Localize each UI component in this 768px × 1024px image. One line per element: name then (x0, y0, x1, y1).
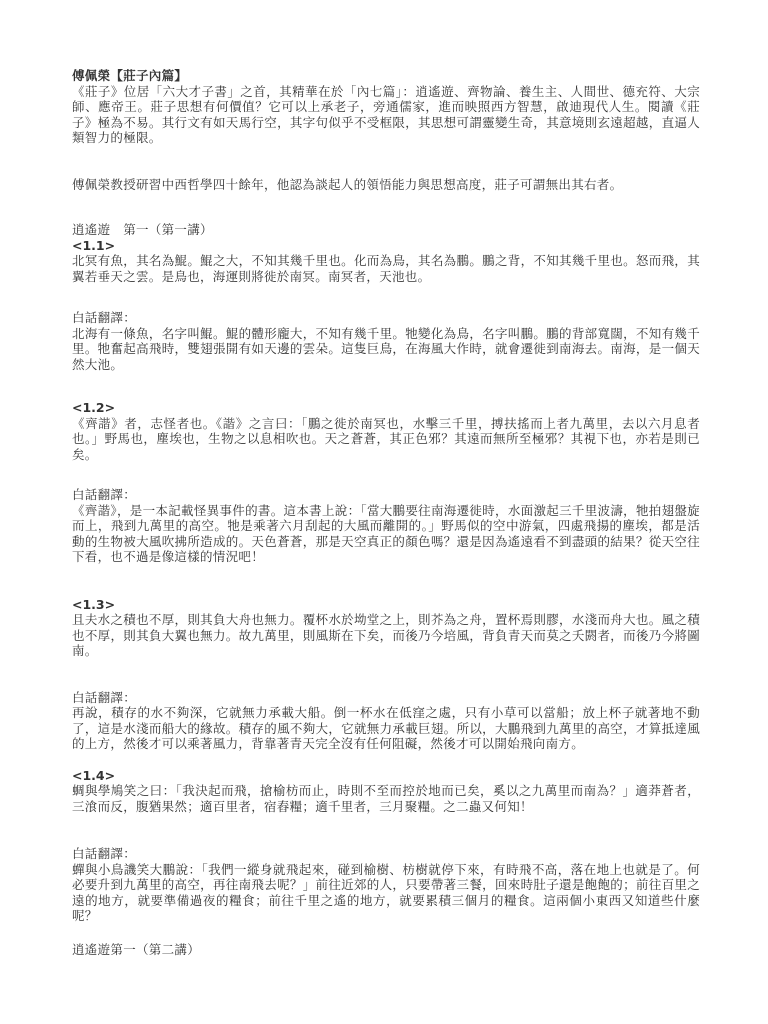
section-marker-1-2: <1.2> (72, 400, 700, 416)
translation-text-1-4: 蟬與小鳥譏笑大鵬說：「我們一縱身就飛起來，碰到榆樹、枋樹就停下來，有時飛不高，落… (72, 862, 700, 924)
section-marker-1-3: <1.3> (72, 597, 700, 613)
original-text-1-4: 蜩與學鳩笑之曰：「我決起而飛，搶榆枋而止，時則不至而控於地而已矣，奚以之九萬里而… (72, 783, 700, 814)
translation-text-1-2: 《齊諧》，是一本記載怪異事件的書。這本書上說：「當大鵬要往南海遷徙時，水面激起三… (72, 503, 700, 565)
lecture1-heading: 逍遙遊 第一（第一講） (72, 222, 700, 238)
translation-label-1-2: 白話翻譯： (72, 487, 700, 503)
intro-paragraph: 《莊子》位居「六大才子書」之首，其精華在於「內七篇」：逍遙遊、齊物論、養生主、人… (72, 84, 700, 146)
translation-label-1-4: 白話翻譯： (72, 846, 700, 862)
translation-label-1-1: 白話翻譯： (72, 310, 700, 326)
document-page: 傅佩榮【莊子內篇】 《莊子》位居「六大才子書」之首，其精華在於「內七篇」：逍遙遊… (0, 0, 768, 1024)
original-text-1-3: 且夫水之積也不厚，則其負大舟也無力。覆杯水於坳堂之上，則芥為之舟，置杯焉則膠，水… (72, 612, 700, 659)
original-text-1-1: 北冥有魚，其名為鯤。鯤之大，不知其幾千里也。化而為鳥，其名為鵬。鵬之背，不知其幾… (72, 253, 700, 284)
original-text-1-2: 《齊諧》者，志怪者也。《諧》之言曰：「鵬之徙於南冥也，水擊三千里，搏扶搖而上者九… (72, 416, 700, 463)
translation-text-1-3: 再說，積存的水不夠深，它就無力承載大船。倒一杯水在低窪之處，只有小草可以當船；放… (72, 705, 700, 752)
translation-label-1-3: 白話翻譯： (72, 690, 700, 706)
lecture2-heading: 逍遙遊第一（第二講） (72, 942, 700, 958)
section-marker-1-1: <1.1> (72, 238, 700, 254)
author-note: 傅佩榮教授研習中西哲學四十餘年，他認為談起人的領悟能力與思想高度，莊子可謂無出其… (72, 177, 700, 193)
translation-text-1-1: 北海有一條魚，名字叫鯤。鯤的體形龐大，不知有幾千里。牠變化為鳥，名字叫鵬。鵬的背… (72, 326, 700, 373)
section-marker-1-4: <1.4> (72, 768, 700, 784)
doc-title: 傅佩榮【莊子內篇】 (72, 68, 700, 84)
